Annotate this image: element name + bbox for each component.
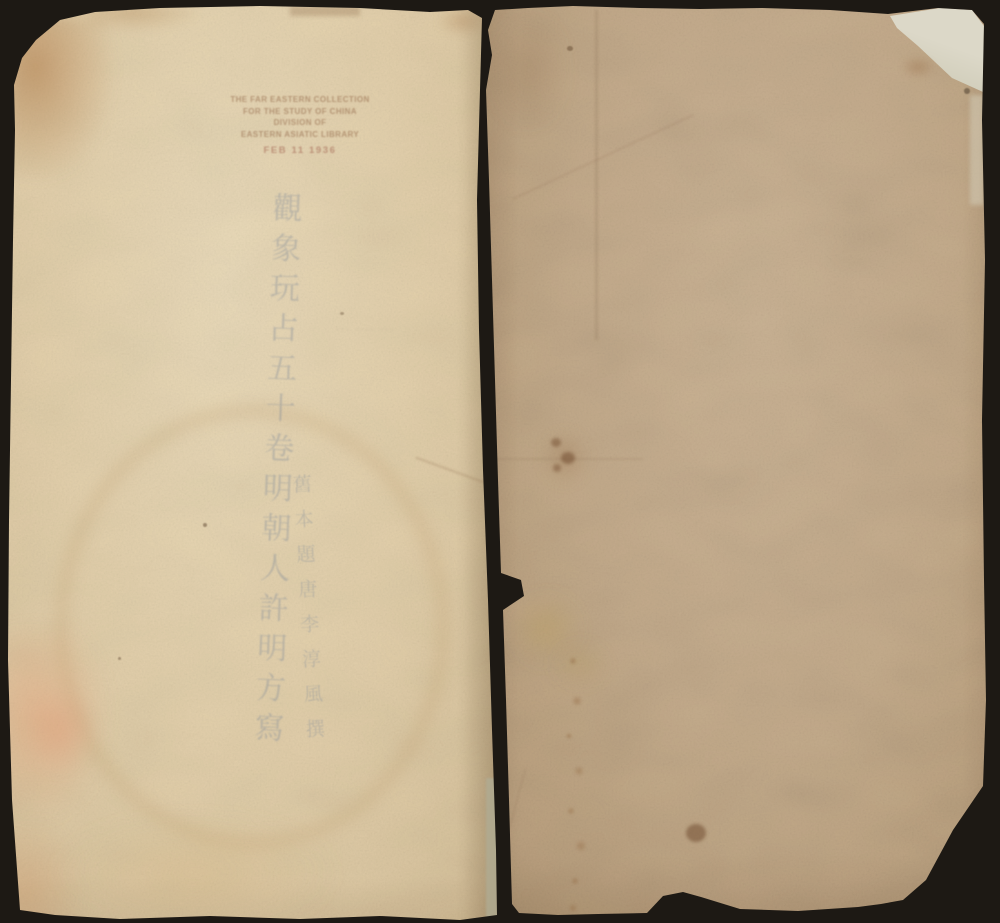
- stain-pink-core: [26, 686, 96, 776]
- stain-spot-trail: [563, 646, 599, 916]
- illegible-pencil-note: ··· ···· ···: [336, 324, 431, 334]
- paper-grain-texture: [483, 6, 987, 918]
- speck-1: [203, 523, 207, 527]
- stain-patch-boundary: [901, 56, 935, 78]
- stain-bottom-left-corner: [2, 820, 82, 923]
- stamp-line: EASTERN ASIATIC LIBRARY: [241, 130, 359, 139]
- crease-diagonal-top: [512, 114, 694, 200]
- paper-mottle-texture: [483, 6, 987, 918]
- stamp-line: FOR THE STUDY OF CHINA: [243, 107, 357, 116]
- calligraphy-attribution-column: 舊本題唐李淳風撰: [287, 474, 331, 805]
- torn-corner-backing-patch: [883, 6, 987, 101]
- left-page: THE FAR EASTERN COLLECTION FOR THE STUDY…: [8, 6, 498, 923]
- stamp-date: FEB 11 1936: [225, 145, 375, 157]
- speck-near-patch: [964, 88, 970, 94]
- stain-dot-a: [551, 438, 561, 447]
- speck-top: [567, 46, 573, 51]
- stain-bottom-warm: [60, 820, 330, 923]
- torn-edge-backing: [486, 778, 498, 918]
- stain-top-edge-mark: [290, 6, 360, 16]
- stain-dot-b: [561, 452, 575, 464]
- stain-yellow-1: [511, 594, 581, 664]
- stain-water-ring: [55, 405, 449, 849]
- calligraphy-title-column: 觀象玩占五十卷明朝人許明方寫: [242, 191, 307, 782]
- stain-top-left-corner: [8, 16, 118, 186]
- stain-yellow-2: [553, 642, 608, 687]
- stain-dot-c: [553, 464, 561, 472]
- crease-vertical: [595, 10, 598, 340]
- stain-pink-left-edge: [0, 630, 108, 820]
- crease-horizontal: [493, 458, 643, 460]
- stain-top-strip: [88, 6, 198, 32]
- stain-cluster-halo: [541, 430, 589, 486]
- stain-spot-bottom: [686, 824, 706, 842]
- speck-2: [118, 657, 121, 660]
- tint-top-left: [489, 10, 569, 130]
- stamp-line: DIVISION OF: [274, 118, 327, 127]
- stain-top-right: [438, 6, 488, 36]
- scanned-manuscript: THE FAR EASTERN COLLECTION FOR THE STUDY…: [0, 0, 1000, 923]
- backing-sliver-right-edge: [970, 95, 984, 205]
- speck-3: [340, 312, 344, 315]
- stamp-line: THE FAR EASTERN COLLECTION: [230, 95, 369, 104]
- crease-right: [415, 457, 496, 488]
- library-accession-stamp: THE FAR EASTERN COLLECTION FOR THE STUDY…: [225, 94, 375, 157]
- right-page: [483, 6, 987, 918]
